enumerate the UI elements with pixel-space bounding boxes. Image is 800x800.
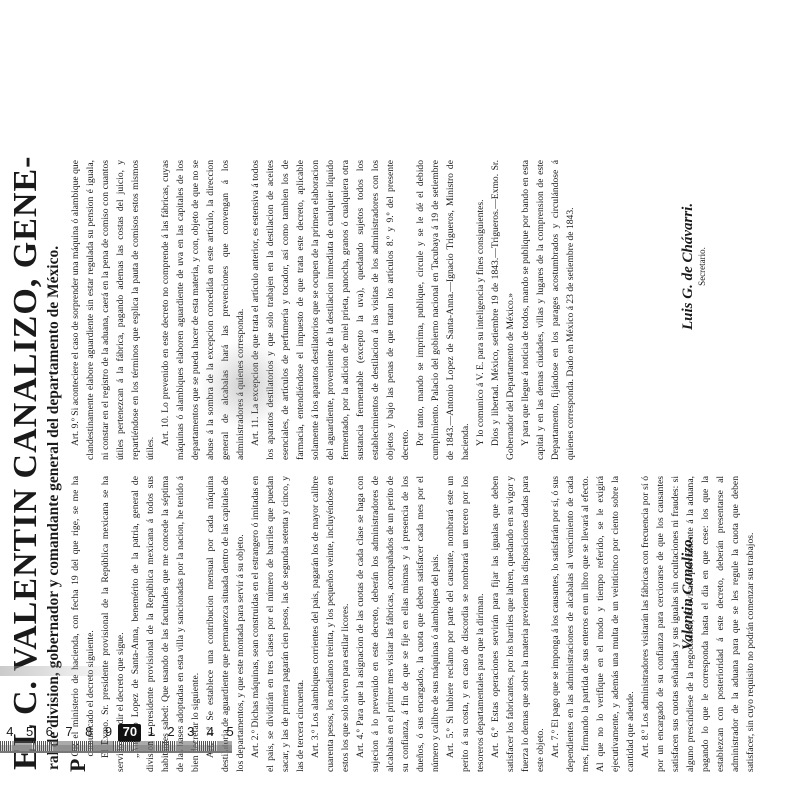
document-page: EL C. VALENTIN CANALIZO, GENE- ral de di… <box>0 90 800 790</box>
article-5: Art. 5.º Si hubiere reclamo por parte de… <box>443 476 488 772</box>
drop-cap: P <box>68 759 88 772</box>
article-8: Art. 8.º Los administradores visitarán l… <box>638 476 758 772</box>
article-9: Art. 9.º Si aconteciere el caso de sorpr… <box>68 160 158 460</box>
secretary-role: Secretario. <box>697 203 707 330</box>
article-6: Art. 6.º Estas operaciones servirán para… <box>488 476 548 772</box>
salutation: Dios y libertad. México, setiembre 19 de… <box>488 160 518 460</box>
measurement-ruler: 4 5 6 7 8 9 70 1 2 3 4 5 <box>0 724 240 758</box>
secretary-signature: Luis G. de Chávarri. Secretario. <box>680 203 707 330</box>
text-column-2: Art. 9.º Si aconteciere el caso de sorpr… <box>68 160 578 460</box>
ruler-ticks <box>0 741 232 753</box>
ruler-highlight: 70 <box>118 724 141 742</box>
article-10: Art. 10. Lo prevenido en este decreto no… <box>158 160 248 460</box>
article-11: Art. 11. La excepcion de que trata el ar… <box>248 160 413 460</box>
paper-edge-dust <box>0 666 120 676</box>
communication-line: Y lo comunico á V. E. para su inteligenc… <box>473 160 488 460</box>
article-2: Art. 2.º Dichas máquinas, sean construid… <box>248 476 308 772</box>
publication-order: Y para que llegue á noticia de todos, ma… <box>518 160 578 460</box>
article-3: Art. 3.º Los alambiques corrientes del p… <box>308 476 353 772</box>
article-7: Art. 7.º El pago que se imponga á los ca… <box>548 476 638 772</box>
secretary-name: Luis G. de Chávarri. <box>680 203 696 330</box>
ruler-numbers: 4 5 6 7 8 9 70 1 2 3 4 5 <box>0 724 240 742</box>
decree-closing: Por tanto, mando se imprima, publique, c… <box>413 160 473 460</box>
governor-signature: Valentin Canalizo. <box>680 536 697 650</box>
article-4: Art. 4.º Para que la asignacion de las c… <box>353 476 443 772</box>
